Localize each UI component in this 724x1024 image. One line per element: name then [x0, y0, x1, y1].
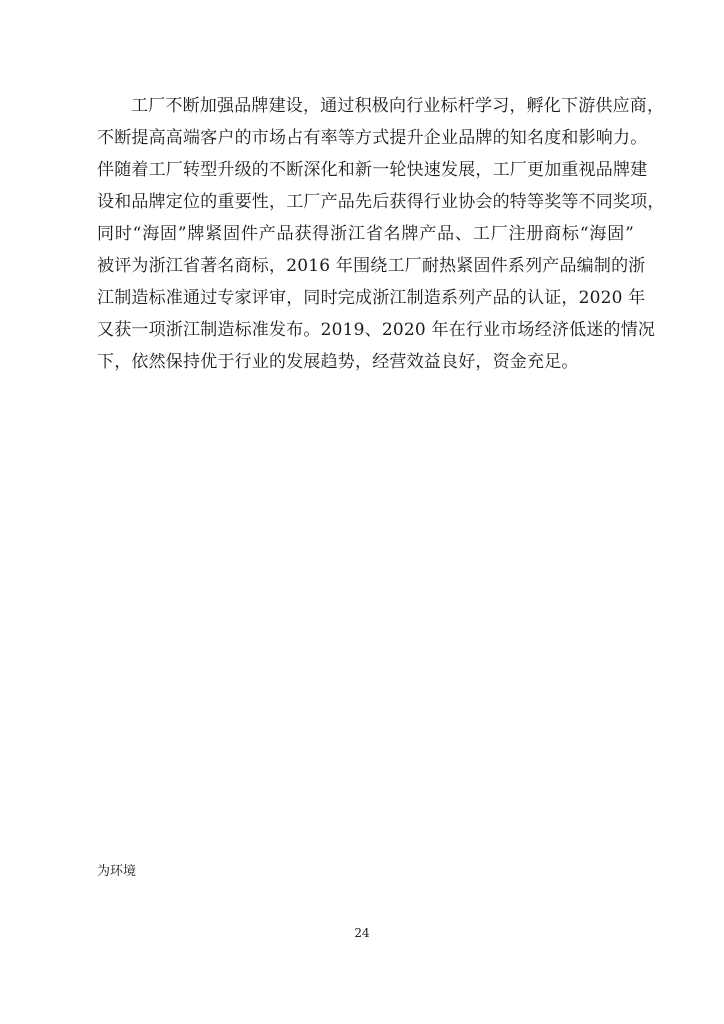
body-line: 同时“海固”牌紧固件产品获得浙江省名牌产品、工厂注册商标“海固”: [97, 218, 634, 250]
body-line: 伴随着工厂转型升级的不断深化和新一轮快速发展，工厂更加重视品牌建: [97, 154, 634, 186]
body-line: 被评为浙江省著名商标，2016 年围绕工厂耐热紧固件系列产品编制的浙: [97, 250, 634, 282]
body-line: 设和品牌定位的重要性，工厂产品先后获得行业协会的特等奖等不同奖项，: [97, 186, 634, 218]
body-line: 江制造标准通过专家评审，同时完成浙江制造系列产品的认证，2020 年: [97, 282, 634, 314]
body-line: 又获一项浙江制造标准发布。2019、2020 年在行业市场经济低迷的情况: [97, 314, 634, 346]
body-line: 不断提高高端客户的市场占有率等方式提升企业品牌的知名度和影响力。: [97, 122, 634, 154]
page-number: 24: [0, 926, 724, 940]
footer-note: 为环境: [97, 863, 136, 881]
body-paragraph: 工厂不断加强品牌建设，通过积极向行业标杆学习，孵化下游供应商， 不断提高高端客户…: [97, 90, 634, 378]
body-line: 工厂不断加强品牌建设，通过积极向行业标杆学习，孵化下游供应商，: [97, 90, 634, 122]
document-page: 工厂不断加强品牌建设，通过积极向行业标杆学习，孵化下游供应商， 不断提高高端客户…: [0, 0, 724, 1024]
body-line: 下，依然保持优于行业的发展趋势，经营效益良好，资金充足。: [97, 346, 634, 378]
